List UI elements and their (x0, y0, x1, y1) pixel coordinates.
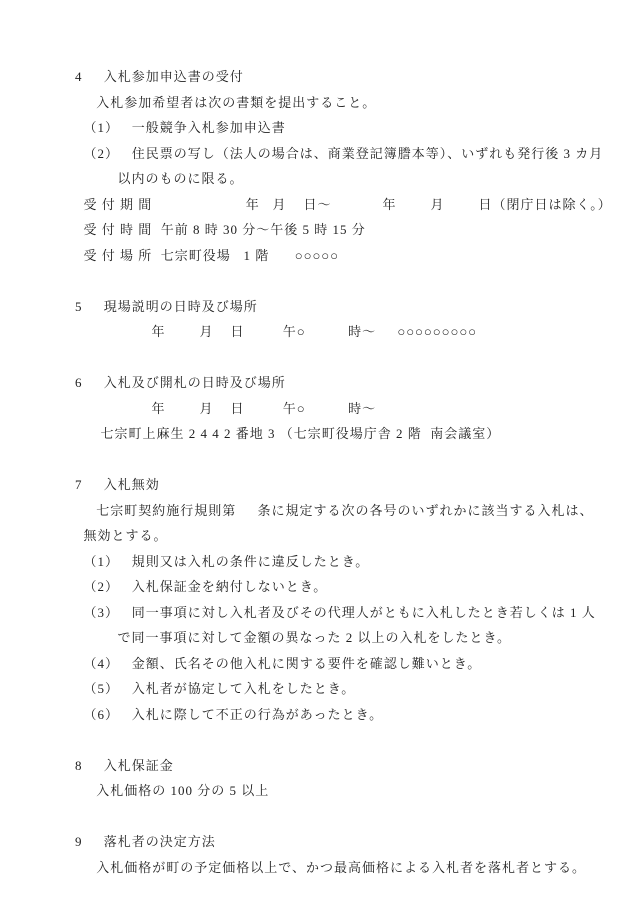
section-9-body: 入札価格が町の予定価格以上で、かつ最高価格による入札者を落札者とする。 (75, 855, 610, 881)
section-6-heading: 6 入札及び開札の日時及び場所 (75, 370, 610, 396)
section-7-item-1: （1） 規則又は入札の条件に違反したとき。 (75, 549, 610, 575)
section-7-intro-continued: 無効とする。 (75, 523, 610, 549)
section-7-item-5: （5） 入札者が協定して入札をしたとき。 (75, 676, 610, 702)
receipt-place-line: 受 付 場 所 七宗町役場 1 階 ○○○○○ (75, 243, 610, 269)
section-6-datetime-line: 年 月 日 午○ 時～ (75, 396, 610, 422)
section-4-heading: 4 入札参加申込書の受付 (75, 64, 610, 90)
receipt-period-line: 受 付 期 間 年 月 日～ 年 月 日（閉庁日は除く。） (75, 192, 610, 218)
section-7-item-3-continued: で同一事項に対して金額の異なった 2 以上の入札をしたとき。 (75, 625, 610, 651)
section-8-heading: 8 入札保証金 (75, 753, 610, 779)
section-6-bid-opening: 6 入札及び開札の日時及び場所 年 月 日 午○ 時～ 七宗町上麻生 2 4 4… (75, 370, 610, 447)
section-4-application-receipt: 4 入札参加申込書の受付 入札参加希望者は次の書類を提出すること。 （1） 一般… (75, 64, 610, 268)
section-7-intro: 七宗町契約施行規則第 条に規定する次の各号のいずれかに該当する入札は、 (75, 498, 610, 524)
receipt-hours-line: 受 付 時 間 午前 8 時 30 分～午後 5 時 15 分 (75, 217, 610, 243)
section-7-item-4: （4） 金額、氏名その他入札に関する要件を確認し難いとき。 (75, 651, 610, 677)
section-7-item-3: （3） 同一事項に対し入札者及びその代理人がともに入札したとき若しくは 1 人 (75, 600, 610, 626)
section-4-item-2-continued: 以内のものに限る。 (75, 166, 610, 192)
section-7-item-2: （2） 入札保証金を納付しないとき。 (75, 574, 610, 600)
document-page: 4 入札参加申込書の受付 入札参加希望者は次の書類を提出すること。 （1） 一般… (0, 0, 630, 915)
section-4-item-1: （1） 一般競争入札参加申込書 (75, 115, 610, 141)
section-8-bid-deposit: 8 入札保証金 入札価格の 100 分の 5 以上 (75, 753, 610, 804)
section-7-item-6: （6） 入札に際して不正の行為があったとき。 (75, 702, 610, 728)
section-9-winner-determination: 9 落札者の決定方法 入札価格が町の予定価格以上で、かつ最高価格による入札者を落… (75, 829, 610, 880)
section-5-site-briefing: 5 現場説明の日時及び場所 年 月 日 午○ 時～ ○○○○○○○○○ (75, 294, 610, 345)
section-4-intro: 入札参加希望者は次の書類を提出すること。 (75, 90, 610, 116)
section-5-datetime-line: 年 月 日 午○ 時～ ○○○○○○○○○ (75, 319, 610, 345)
section-7-heading: 7 入札無効 (75, 472, 610, 498)
section-6-address-line: 七宗町上麻生 2 4 4 2 番地 3 （七宗町役場庁舎 2 階 南会議室） (75, 421, 610, 447)
section-8-body: 入札価格の 100 分の 5 以上 (75, 778, 610, 804)
section-7-invalid-bids: 7 入札無効 七宗町契約施行規則第 条に規定する次の各号のいずれかに該当する入札… (75, 472, 610, 727)
section-4-item-2: （2） 住民票の写し（法人の場合は、商業登記簿謄本等）、いずれも発行後 3 カ月 (75, 141, 610, 167)
section-5-heading: 5 現場説明の日時及び場所 (75, 294, 610, 320)
section-9-heading: 9 落札者の決定方法 (75, 829, 610, 855)
